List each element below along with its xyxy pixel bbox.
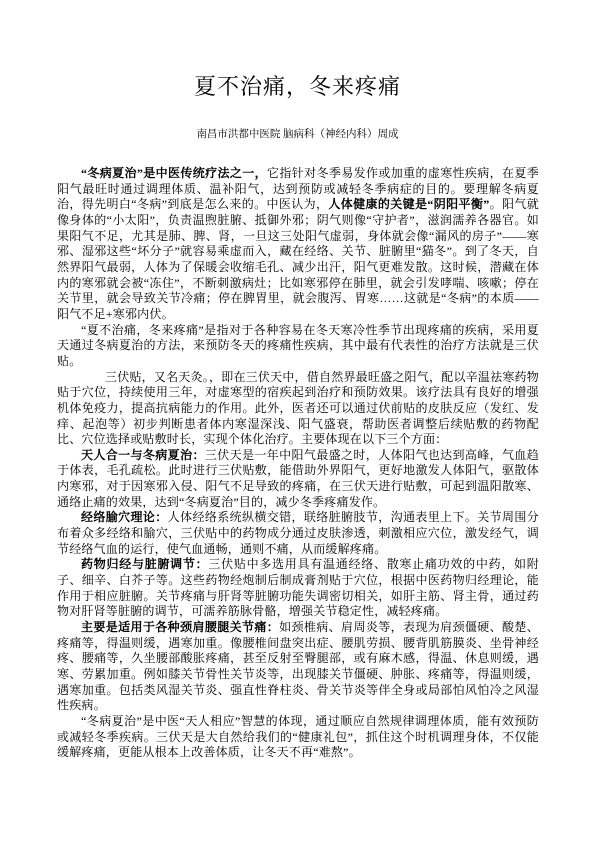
- text-run: 。阳气就像身体的“小太阳”，负责温煦脏腑、抵御外邪；阴气则像“守护者”，滋润濡养…: [57, 197, 539, 321]
- list-item: ○经络腧穴理论：人体经络系统纵横交错，联络脏腑肢节，沟通表里上下。关节周围分布着…: [57, 510, 539, 557]
- bullet-marker-icon: ○: [58, 623, 87, 631]
- paragraph: 天人合一与冬病夏治：三伏天是一年中阳气最盛之时，人体阳气也达到高峰，气血趋于体表…: [57, 448, 539, 511]
- paragraph: 三伏贴，又名天灸。，即在三伏天中，借自然界最旺盛之阳气，配以辛温祛寒药物贴于穴位…: [57, 370, 539, 448]
- page-title: 夏不治痛，冬来疼痛: [0, 0, 595, 102]
- text-run: “冬病夏治”是中医“天人相应”智慧的体现，通过顺应自然规律调理体质，能有效预防或…: [57, 714, 539, 759]
- text-run-bold: 人体健康的关键是“阴阳平衡”: [328, 197, 489, 211]
- paragraph: “冬病夏治”是中医“天人相应”智慧的体现，通过顺应自然规律调理体质，能有效预防或…: [57, 714, 539, 761]
- text-run-bold: 天人合一与冬病夏治：: [81, 448, 205, 462]
- list-item: ○药物归经与脏腑调节：三伏贴中多选用具有温通经络、散寒止痛功效的中药，如附子、细…: [57, 557, 539, 620]
- text-run-bold: 主要是适用于各种颈肩腰腿关节痛：: [81, 620, 279, 634]
- text-run: 三伏贴，又名天灸。，即在三伏天中，借自然界最旺盛之阳气，配以辛温祛寒药物贴于穴位…: [57, 370, 539, 447]
- byline: 南昌市洪都中医院 脑病科（神经内科）周成: [0, 128, 595, 142]
- document-page: 夏不治痛，冬来疼痛 南昌市洪都中医院 脑病科（神经内科）周成 “冬病夏治”是中医…: [0, 0, 595, 841]
- text-run-bold: “冬病夏治”是中医传统疗法之一，: [81, 166, 267, 180]
- document-body: “冬病夏治”是中医传统疗法之一，它指针对冬季易发作或加重的虚寒性疾病，在夏季阳气…: [57, 166, 539, 761]
- paragraph: “冬病夏治”是中医传统疗法之一，它指针对冬季易发作或加重的虚寒性疾病，在夏季阳气…: [57, 166, 539, 323]
- paragraph: “夏不治痛，冬来疼痛”是指对于各种容易在冬天寒冷性季节出现疼痛的疾病，采用夏天通…: [57, 323, 539, 370]
- bullet-marker-icon: ○: [58, 560, 87, 568]
- list-item: ○主要是适用于各种颈肩腰腿关节痛：如颈椎病、肩周炎等，表现为肩颈僵硬、酸楚、疼痛…: [57, 620, 539, 714]
- bullet-marker-icon: ○: [58, 513, 87, 521]
- text-run: “夏不治痛，冬来疼痛”是指对于各种容易在冬天寒冷性季节出现疼痛的疾病，采用夏天通…: [57, 323, 539, 368]
- text-run-bold: 药物归经与脏腑调节：: [81, 557, 208, 571]
- text-run-bold: 经络腧穴理论：: [81, 510, 168, 524]
